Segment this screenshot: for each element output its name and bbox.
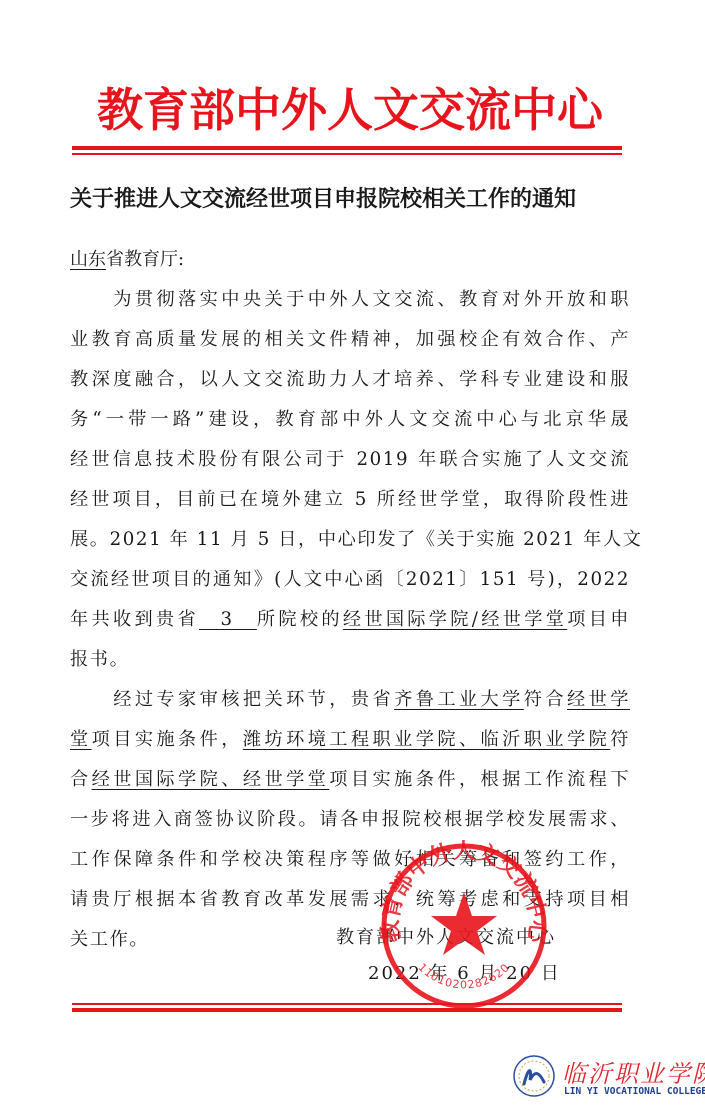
text: 所院校的 xyxy=(257,609,343,630)
school-qilu: 齐鲁工业大学 xyxy=(394,689,524,710)
letterhead-thin-rule xyxy=(72,153,622,155)
text: 年共收到贵省 xyxy=(70,609,199,630)
paragraph-line-schools: 堂项目实施条件，潍坊环境工程职业学院、临沂职业学院符 xyxy=(70,726,630,754)
paragraph-line-qilu: 经过专家审核把关环节，贵省齐鲁工业大学符合经世学 xyxy=(70,686,630,714)
letterhead-thick-rule xyxy=(72,146,622,150)
paragraph-line: 为贯彻落实中央关于中外人文交流、教育对外开放和职 xyxy=(70,286,630,314)
paragraph-line: 一步将进入商签协议阶段。请各申报院校根据学校发展需求、 xyxy=(70,806,630,834)
text: 经过专家审核把关环节，贵省 xyxy=(70,689,394,710)
text: 符 xyxy=(610,729,630,750)
college-cn-name: 临沂职业学院 xyxy=(562,1054,705,1089)
official-seal-icon: 教育部中外人文交流中心 1101020282620 xyxy=(378,840,550,1012)
paragraph-line: 报书。 xyxy=(70,646,630,674)
paragraph-line: 经世信息技术股份有限公司于 2019 年联合实施了人文交流 xyxy=(70,446,630,474)
paragraph-line: 经世项目，目前已在境外建立 5 所经世学堂，取得阶段性进 xyxy=(70,486,630,514)
footer-thin-rule xyxy=(72,1003,622,1005)
college-en-name: LIN YI VOCATIONAL COLLEGE xyxy=(564,1086,705,1097)
salutation: 山东省教育厅: xyxy=(70,246,184,274)
paragraph-line: 交流经世项目的通知》(人文中心函〔2021〕151 号)，2022 xyxy=(70,566,630,594)
paragraph-line: 务“一带一路”建设，教育部中外人文交流中心与北京华晟 xyxy=(70,406,630,434)
text: 项目实施条件，根据工作流程下 xyxy=(329,769,630,790)
college-emblem-icon xyxy=(512,1054,556,1098)
text: 符合 xyxy=(524,689,567,710)
application-count: 3 xyxy=(199,609,257,630)
paragraph-line: 教深度融合，以人文交流助力人才培养、学科专业建设和服 xyxy=(70,366,630,394)
program-names: 经世国际学院、经世学堂 xyxy=(92,769,330,790)
text: 项目申 xyxy=(567,609,630,630)
paragraph-line: 展。2021 年 11 月 5 日，中心印发了《关于实施 2021 年人文 xyxy=(70,526,630,554)
salutation-province: 山东 xyxy=(70,249,106,270)
paragraph-line: 业教育高质量发展的相关文件精神，加强校企有效合作、产 xyxy=(70,326,630,354)
paragraph-line-programs: 合经世国际学院、经世学堂项目实施条件，根据工作流程下 xyxy=(70,766,630,794)
salutation-rest: 省教育厅: xyxy=(106,249,184,270)
notice-title: 关于推进人文交流经世项目申报院校相关工作的通知 xyxy=(70,184,640,214)
text: 项目实施条件， xyxy=(92,729,243,750)
text: 合 xyxy=(70,769,92,790)
program-jingshi-xuetang: 经世学 xyxy=(567,689,630,710)
program-names: 经世国际学院/经世学堂 xyxy=(343,609,567,630)
svg-text:1101020282620: 1101020282620 xyxy=(416,961,513,992)
college-logo: 临沂职业学院 LIN YI VOCATIONAL COLLEGE xyxy=(508,1050,704,1102)
paragraph-line-applications: 年共收到贵省 3 所院校的经世国际学院/经世学堂项目申 xyxy=(70,606,630,634)
footer-thick-rule xyxy=(72,1008,622,1012)
program-jingshi-xuetang-end: 堂 xyxy=(70,729,92,750)
letterhead-org-name: 教育部中外人文交流中心 xyxy=(70,80,630,140)
schools-weifang-linyi: 潍坊环境工程职业学院、临沂职业学院 xyxy=(243,729,610,750)
